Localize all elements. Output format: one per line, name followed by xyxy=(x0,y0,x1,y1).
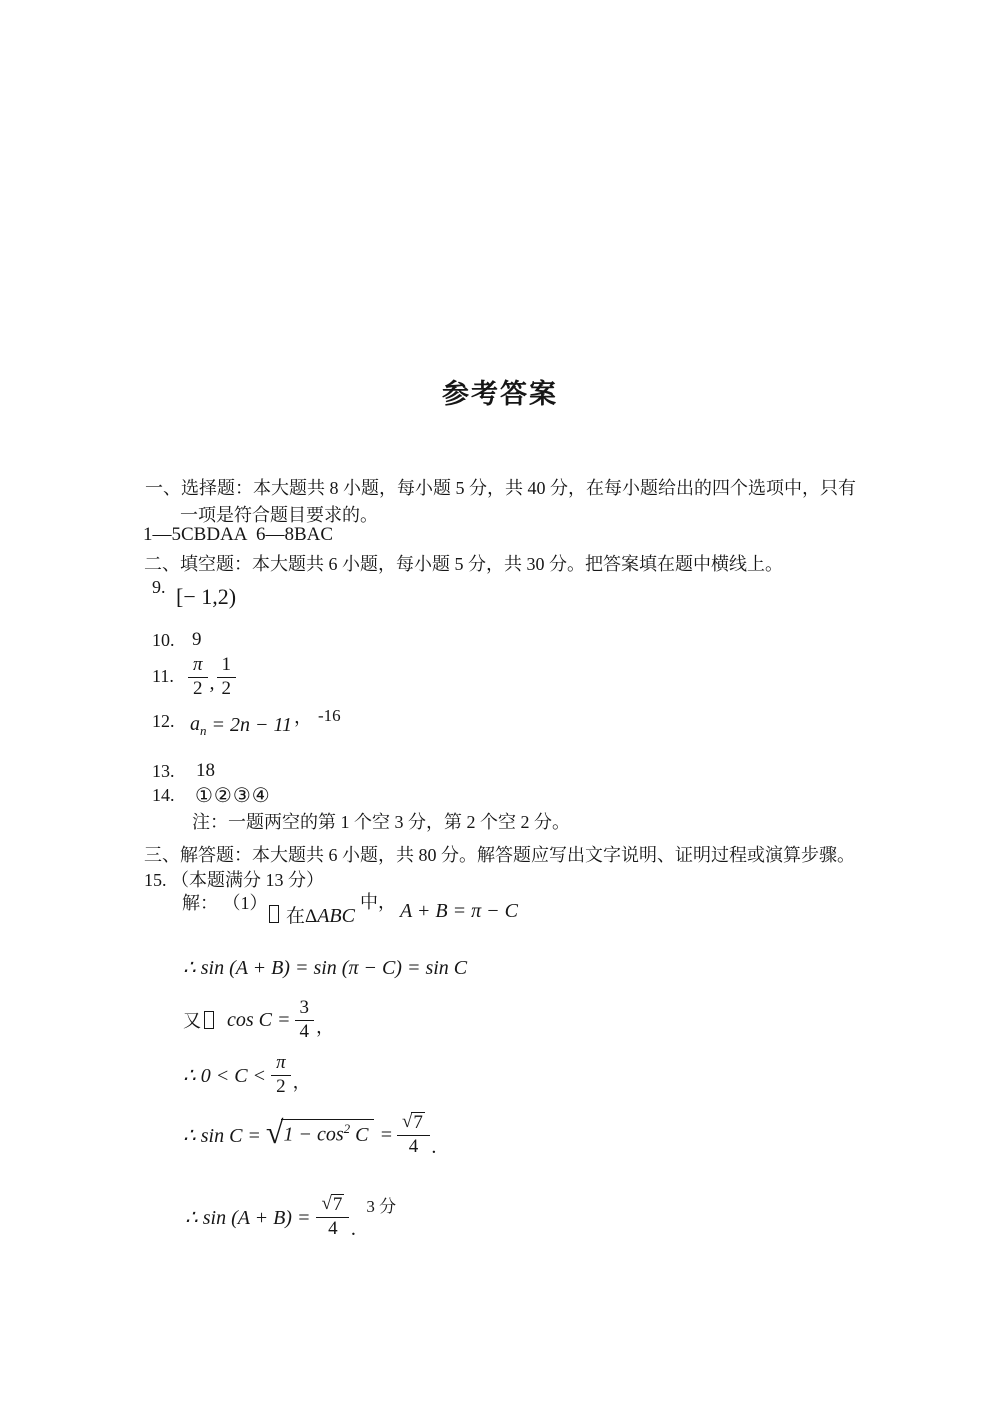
period: . xyxy=(432,1136,437,1159)
fill-item-10-number: 10. xyxy=(152,630,175,651)
comma: , xyxy=(210,672,215,695)
fraction-3-over-4: 34 xyxy=(295,998,315,1043)
missing-glyph-box xyxy=(269,905,279,923)
fill-note: 注：一题两空的第 1 个空 3 分，第 2 个空 2 分。 xyxy=(192,808,570,834)
fill-item-13-answer: 18 xyxy=(196,760,215,782)
missing-glyph-box xyxy=(204,1011,214,1029)
sin-a-plus-b-lead: ∴ sin (A + B) = xyxy=(185,1205,310,1230)
fraction-sqrt7-over-4: √7 4 xyxy=(397,1112,430,1158)
second-blank-answer: -16 xyxy=(318,706,341,726)
fraction-1-over-2: 12 xyxy=(217,655,237,700)
solution-line-sin-c: ∴ sin C = √ 1 − cos2C = √7 4 . xyxy=(183,1108,437,1162)
solution-line-angle-range: ∴ 0 < C < π2 ， xyxy=(183,1053,311,1097)
fill-item-14-number: 14. xyxy=(152,785,175,806)
period: . xyxy=(351,1218,356,1241)
fraction-sqrt7-over-4: √7 4 xyxy=(316,1194,349,1240)
sequence-formula: = 2n − 11 xyxy=(212,714,293,737)
fill-item-14-answer: ①②③④ xyxy=(195,783,271,808)
comma: ， xyxy=(316,1013,334,1039)
solution-line-final: ∴ sin (A + B) = √7 4 . 3 分 xyxy=(185,1190,396,1244)
radical-sign: √ xyxy=(266,1116,284,1148)
choice-heading-line1: 一、选择题：本大题共 8 小题，每小题 5 分，共 40 分，在每小题给出的四个… xyxy=(145,474,856,500)
fill-item-11-answer: π2 , 12 xyxy=(186,654,238,700)
comma: ， xyxy=(293,1068,311,1094)
fill-item-10-answer: 9 xyxy=(192,629,202,651)
equals-sign: = xyxy=(379,1124,393,1147)
solution-prefix: 解： （1） xyxy=(182,889,268,915)
zhong-label: 中， xyxy=(360,888,396,914)
you-label: 又 xyxy=(183,1007,201,1033)
cos-expression: cos C = xyxy=(227,1009,291,1032)
angle-identity: A + B = π − C xyxy=(400,900,518,923)
fill-item-12-answer: an = 2n − 11 ， -16 xyxy=(190,708,341,742)
in-triangle-abc: 在ΔABC xyxy=(286,901,355,928)
score-mark: 3 分 xyxy=(366,1192,396,1217)
fill-item-9-number: 9. xyxy=(152,577,166,598)
sequence-term: an xyxy=(190,713,207,737)
radicand: 1 − cos2C xyxy=(281,1119,374,1147)
fraction-pi-over-2: π2 xyxy=(271,1053,291,1098)
solution-line-sin-identity: ∴ sin (A + B) = sin (π − C) = sin C xyxy=(183,955,467,980)
sin-c-lead: ∴ sin C = xyxy=(183,1123,261,1148)
fill-item-13-number: 13. xyxy=(152,761,175,782)
inequality: ∴ 0 < C < xyxy=(183,1063,266,1088)
fill-item-12-number: 12. xyxy=(152,711,175,732)
comma: ， xyxy=(294,703,312,729)
page-title: 参考答案 xyxy=(0,372,1000,411)
missing-glyph-box xyxy=(266,905,282,928)
answer-key-document: 参考答案 一、选择题：本大题共 8 小题，每小题 5 分，共 40 分，在每小题… xyxy=(0,0,1000,1415)
choice-answers: 1—5CBDAA 6—8BAC xyxy=(143,524,333,546)
square-root: √ 1 − cos2C xyxy=(266,1119,375,1151)
solve-heading: 三、解答题：本大题共 6 小题，共 80 分。解答题应写出文字说明、证明过程或演… xyxy=(144,841,855,867)
fill-item-11-number: 11. xyxy=(152,666,174,687)
fraction-pi-over-2: π2 xyxy=(188,655,208,700)
solution-line-cos-value: 又 cos C = 34 ， xyxy=(183,998,334,1042)
fill-heading: 二、填空题：本大题共 6 小题，每小题 5 分，共 30 分。把答案填在题中横线… xyxy=(144,550,783,576)
fill-item-9-answer: [− 1,2) xyxy=(176,584,236,610)
